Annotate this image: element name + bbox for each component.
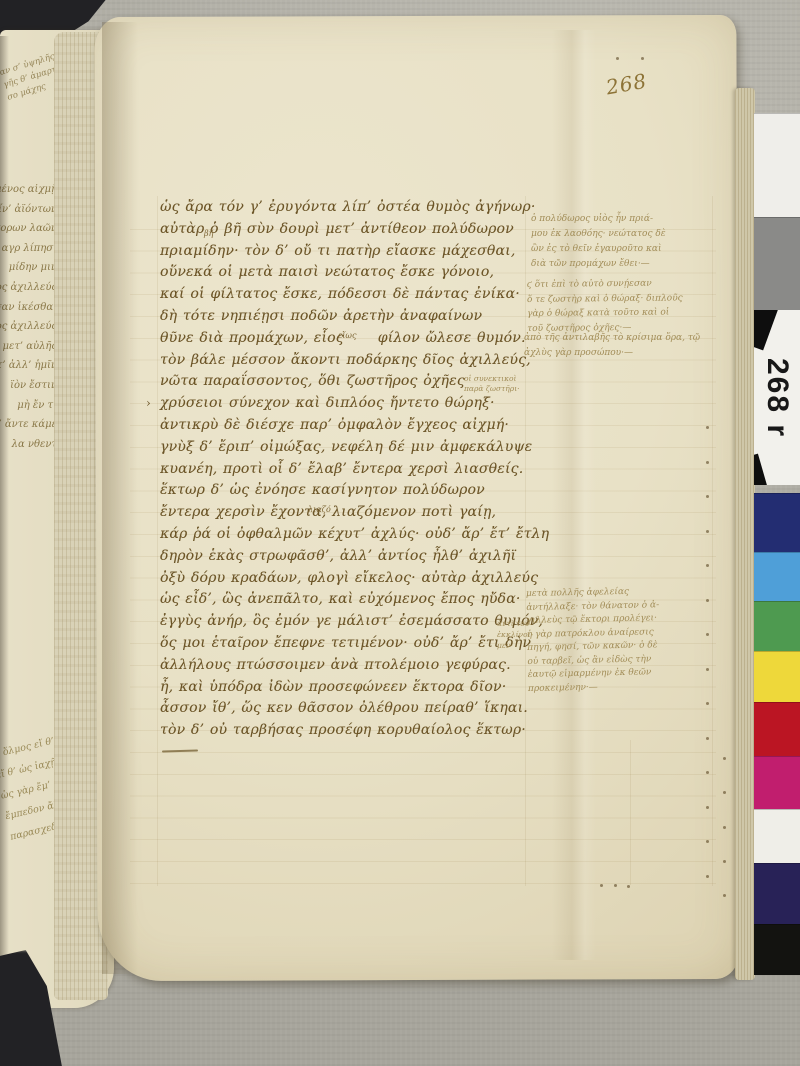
scholium-line: ὁ πολύδωρος υἱὸς ἦν πριά- <box>531 212 716 227</box>
scholia-right-top-b: ϛ ὅτι ἐπὶ τὸ αὐτὸ συνῄεσανὅ τε ζωστὴρ κα… <box>527 276 718 336</box>
prick-dot <box>706 564 709 567</box>
text-line: ἦ, καὶ ὑπόδρα ἰδὼν προσεφώνεεν ἕκτορα δῖ… <box>160 679 532 701</box>
text-line: ὡς ἄρα τόν γ’ ἐρυγόντα λίπ’ ὀστέα θυμὸς … <box>160 199 532 221</box>
scholium-line: ἀχλὺς γὰρ προσώπου·— <box>524 346 724 361</box>
text-line: ἀλλήλους πτώσσοιμεν ἀνὰ πτολέμοιο γεφύρα… <box>160 657 532 679</box>
calibration-patch <box>754 756 800 809</box>
text-line: πριαμίδην· τὸν δ’ οὔ τι πατὴρ εἴασκε μάχ… <box>160 243 532 265</box>
scholia-right-bottom: μετὰ πολλῆς ἀφελείαςἀντήλλαξε· τὸν θάνατ… <box>526 584 718 696</box>
calibration-patch <box>754 863 800 924</box>
marginal-gloss-small: ἀντὶ τοῦἐκκλίνοι-μεν· <box>497 618 533 651</box>
right-leaf-stack-edge <box>735 88 755 980</box>
text-line: δὴ τότε νηπιέῃσι ποδῶν ἀρετὴν ἀναφαίνων <box>160 308 532 330</box>
text-line: αὐτὰρ ὁ βῆ σὺν δουρὶ μετ’ ἀντίθεον πολύδ… <box>160 221 532 243</box>
calibration-patch <box>754 924 800 975</box>
calibration-patch <box>754 493 800 552</box>
text-line: ἐγγὺς ἀνήρ, ὃς ἐμόν γε μάλιστ’ ἐσεμάσσατ… <box>160 613 532 635</box>
ruling-vertical-guide <box>630 740 631 885</box>
scholia-right-top-a: ὁ πολύδωρος υἱὸς ἦν πριά-μου ἐκ λαοθόης·… <box>531 212 716 272</box>
prick-dot <box>706 702 709 705</box>
text-line: κυανέη, προτὶ οἷ δ’ ἔλαβ’ ἔντερα χερσὶ λ… <box>160 461 532 483</box>
gloss-line: ἀντὶ τοῦ <box>497 618 533 629</box>
prick-dot <box>641 57 644 60</box>
scholium-line: ἀπὸ τῆς ἀντιλαβῆς τὸ κρίσιμα ὅρα, τῷ <box>524 331 724 346</box>
calibration-patch <box>754 702 800 756</box>
ruling-vertical-guide <box>157 196 158 886</box>
color-calibration-bar: 268 r <box>754 113 800 975</box>
calibration-patch <box>754 217 800 310</box>
prick-dot <box>706 495 709 498</box>
prick-dot <box>706 461 709 464</box>
prick-dot <box>600 884 603 887</box>
prick-dot <box>706 530 709 533</box>
folio-label-card: 268 r <box>754 310 800 485</box>
text-line: δηρὸν ἑκὰς στρωφᾶσθ’, ἀλλ’ ἀντίος ἦλθ’ ἀ… <box>160 548 532 570</box>
text-line: τὸν βάλε μέσσον ἄκοντι ποδάρκης δῖος ἀχι… <box>160 352 532 374</box>
text-line: καί οἱ φίλτατος ἔσκε, πόδεσσι δὲ πάντας … <box>160 286 532 308</box>
text-line: ὅς μοι ἑταῖρον ἔπεφνε τετιμένον· οὐδ’ ἄρ… <box>160 635 532 657</box>
prick-dot <box>706 426 709 429</box>
scholia-right-top-c: ἀπὸ τῆς ἀντιλαβῆς τὸ κρίσιμα ὅρα, τῷἀχλὺ… <box>524 331 724 361</box>
prick-dot <box>706 668 709 671</box>
parchment-crease <box>552 30 596 960</box>
text-line: ὀξὺ δόρυ κραδάων, φλογὶ εἴκελος· αὐτὰρ ἀ… <box>160 570 532 592</box>
prick-dot <box>723 791 726 794</box>
prick-dot <box>627 885 630 888</box>
iliad-text-block: ὡς ἄρα τόν γ’ ἐρυγόντα λίπ’ ὀστέα θυμὸς … <box>160 199 532 744</box>
gloss-line: οἱ συνεκτικοὶ <box>464 374 520 384</box>
text-line: κάρ ῥά οἱ ὀφθαλμῶν κέχυτ’ ἀχλύς· οὐδ’ ἄρ… <box>160 526 532 548</box>
diple-mark: › <box>146 396 151 410</box>
interlinear-gloss: λιαζό <box>308 505 331 514</box>
calibration-patch <box>754 601 800 651</box>
calibration-patch <box>754 113 800 217</box>
prick-dot <box>706 875 709 878</box>
gloss-line: ἐκκλίνοι- <box>497 629 533 640</box>
text-line: ἔντερα χερσὶν ἔχοντα, λιαζόμενον ποτὶ γα… <box>160 504 532 526</box>
calibration-patch <box>754 809 800 863</box>
text-line: γνὺξ δ’ ἔριπ’ οἰμώξας, νεφέλη δέ μιν ἀμφ… <box>160 439 532 461</box>
text-line: ἆσσον ἴθ’, ὥς κεν θᾶσσον ὀλέθρου πείραθ’… <box>160 700 532 722</box>
prick-dot <box>706 806 709 809</box>
color-patches <box>754 493 800 975</box>
prick-dot <box>723 894 726 897</box>
manuscript-photo: εἰ μένος αἰχμῇρ’ ἵν’ ἀϊόντωντορων λαῶναγ… <box>0 0 800 1066</box>
prick-dot <box>706 737 709 740</box>
label-backing <box>754 310 779 350</box>
prick-dot <box>706 840 709 843</box>
folio-label: 268 r <box>760 357 794 437</box>
calibration-patch <box>754 552 800 601</box>
scholium-line: διὰ τῶν προμάχων ἔθει·— <box>531 257 716 272</box>
grayscale-patches <box>754 113 800 310</box>
label-backing <box>754 454 769 485</box>
prick-dot <box>706 599 709 602</box>
prick-dot <box>614 884 617 887</box>
interlinear-gloss: βῆ <box>204 229 213 238</box>
text-line: ἀντικρὺ δὲ διέσχε παρ’ ὀμφαλὸν ἔγχεος αἰ… <box>160 417 532 439</box>
text-line: ὡς εἶδ’, ὣς ἀνεπᾶλτο, καὶ εὐχόμενος ἔπος… <box>160 591 532 613</box>
prick-dot <box>723 826 726 829</box>
prick-dot <box>706 633 709 636</box>
scholium-line: ὢν ἐς τὸ θεῖν ἐγαυροῦτο καὶ <box>531 242 716 257</box>
scholium-line: μου ἐκ λαοθόης· νεώτατος δὲ <box>531 227 716 242</box>
text-line: ἕκτωρ δ’ ὡς ἐνόησε κασίγνητον πολύδωρον <box>160 482 532 504</box>
prick-dot <box>723 860 726 863</box>
text-line: χρύσειοι σύνεχον καὶ διπλόος ἤντετο θώρη… <box>160 395 532 417</box>
prick-dot <box>706 771 709 774</box>
prick-dot <box>723 757 726 760</box>
text-line: οὕνεκά οἱ μετὰ παισὶ νεώτατος ἔσκε γόνοι… <box>160 264 532 286</box>
gloss-line: παρὰ ζωστῆρι· <box>464 384 520 394</box>
gloss-line: μεν· <box>497 640 533 651</box>
marginal-gloss-zoster: οἱ συνεκτικοὶπαρὰ ζωστῆρι· <box>464 374 520 394</box>
page-edge-shadow <box>0 36 9 966</box>
calibration-patch <box>754 651 800 702</box>
interlinear-gloss: εἵως <box>338 331 356 340</box>
text-line: τὸν δ’ οὐ ταρβήσας προσέφη κορυθαίολος ἕ… <box>160 722 532 744</box>
prick-dot <box>616 57 619 60</box>
